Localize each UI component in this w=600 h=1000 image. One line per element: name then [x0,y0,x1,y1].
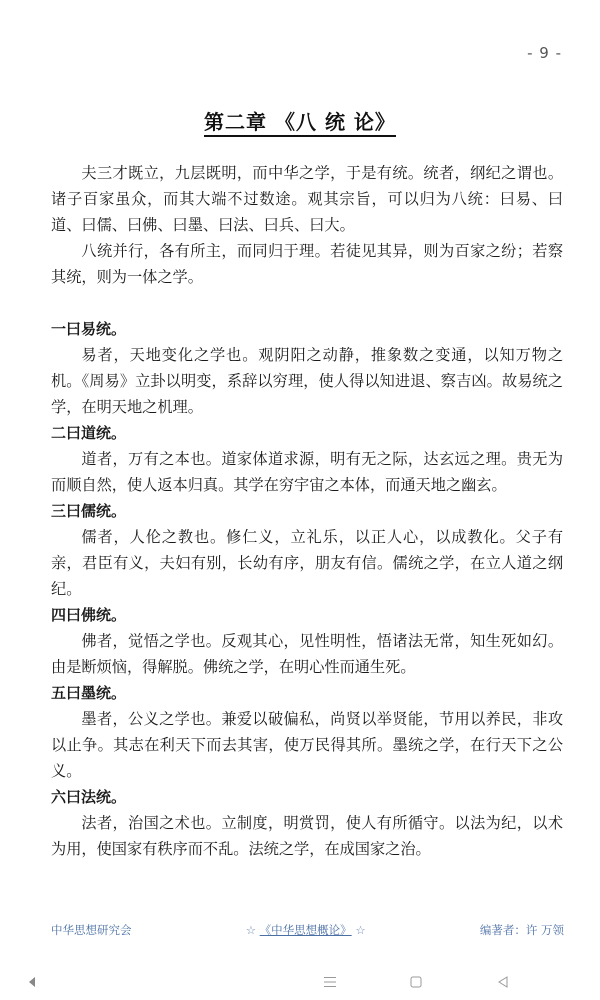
document-body: 夫三才既立，九层既明，而中华之学，于是有统。统者，纲纪之谓也。诸子百家虽众，而其… [51,160,563,862]
footer-author: 编著者：许 万领 [480,922,564,938]
section-body: 墨者，公义之学也。兼爱以破偏私，尚贤以举贤能，节用以养民，非攻以止争。其志在利天… [51,706,563,784]
home-icon [410,976,422,988]
star-icon: ☆ [246,923,256,937]
section-heading: 四曰佛统。 [51,602,563,628]
section-ru: 三曰儒统。 儒者，人伦之教也。修仁义，立礼乐，以正人心，以成教化。父子有亲，君臣… [51,498,563,602]
section-heading: 六曰法统。 [51,784,563,810]
footer-organization: 中华思想研究会 [51,922,132,938]
back-button[interactable] [489,968,517,996]
chapter-title-text: 第二章 《八 统 论》 [204,110,396,137]
back-icon [497,976,509,988]
section-body: 道者，万有之本也。道家体道求源，明有无之际，达玄远之理。贵无为而顺自然，使人返本… [51,446,563,498]
system-navigation-bar [0,968,600,996]
section-mo: 五曰墨统。 墨者，公义之学也。兼爱以破偏私，尚贤以举贤能，节用以养民，非攻以止争… [51,680,563,784]
section-body: 易者，天地变化之学也。观阴阳之动静，推象数之变通，以知万物之机。《周易》立卦以明… [51,342,563,420]
intro-paragraph-2: 八统并行，各有所主，而同归于理。若徒见其异，则为百家之纷；若察其统，则为一体之学… [51,238,563,290]
section-body: 儒者，人伦之教也。修仁义，立礼乐，以正人心，以成教化。父子有亲，君臣有义，夫妇有… [51,524,563,602]
intro-paragraph-1: 夫三才既立，九层既明，而中华之学，于是有统。统者，纲纪之谓也。诸子百家虽众，而其… [51,160,563,238]
page-number: - 9 - [527,44,562,62]
volume-left-icon [27,976,37,988]
section-heading: 三曰儒统。 [51,498,563,524]
star-icon: ☆ [355,923,365,937]
volume-left-button[interactable] [20,968,44,996]
section-dao: 二曰道统。 道者，万有之本也。道家体道求源，明有无之际，达玄远之理。贵无为而顺自… [51,420,563,498]
section-yi: 一曰易统。 易者，天地变化之学也。观阴阳之动静，推象数之变通，以知万物之机。《周… [51,316,563,420]
section-heading: 一曰易统。 [51,316,563,342]
home-button[interactable] [402,968,430,996]
section-fo: 四曰佛统。 佛者，觉悟之学也。反观其心，见性明性，悟诸法无常，知生死如幻。由是断… [51,602,563,680]
footer-book-title: ☆ 《中华思想概论》 ☆ [246,922,366,938]
section-fa: 六曰法统。 法者，治国之术也。立制度，明赏罚，使人有所循守。以法为纪，以术为用，… [51,784,563,862]
spacer [51,290,563,316]
section-heading: 二曰道统。 [51,420,563,446]
book-title-link[interactable]: 《中华思想概论》 [260,923,352,937]
chapter-title: 第二章 《八 统 论》 [0,106,600,135]
menu-icon [323,976,337,988]
section-body: 法者，治国之术也。立制度，明赏罚，使人有所循守。以法为纪，以术为用，使国家有秩序… [51,810,563,862]
menu-button[interactable] [316,968,344,996]
section-body: 佛者，觉悟之学也。反观其心，见性明性，悟诸法无常，知生死如幻。由是断烦恼，得解脱… [51,628,563,680]
section-heading: 五曰墨统。 [51,680,563,706]
page-footer: 中华思想研究会 ☆ 《中华思想概论》 ☆ 编著者：许 万领 [51,922,564,938]
